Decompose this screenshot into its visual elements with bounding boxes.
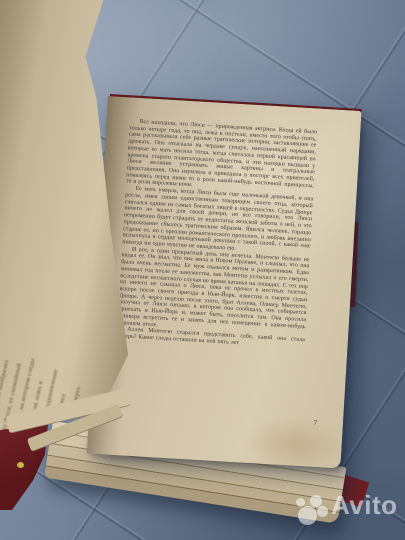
paragraph: Все находили, что Люси — прирожденная ак… [126, 118, 318, 196]
left-page-line: когда была ребенком, вроде [0, 0, 58, 431]
cover-speck [17, 462, 24, 468]
avito-logo-dot-icon [298, 506, 317, 525]
avito-watermark-label: Avito [331, 490, 398, 521]
paragraph: И вот, в один прекрасный день она исчезл… [117, 246, 309, 338]
right-page: Все находили, что Люси — прирожденная ак… [87, 96, 362, 468]
photo-scene: Все находили, что Люси — прирожденная ак… [0, 0, 405, 540]
page-number: 7 [303, 418, 317, 427]
left-page-line: чтобы Аллен не вообразил [0, 8, 95, 440]
left-page-line: гю. Монтегю одного пр [0, 0, 34, 425]
left-page-line: с блестящими черными глазами [0, 5, 83, 437]
left-page-line: после ее замужества. Люси [0, 2, 70, 434]
avito-logo-dot-icon [317, 506, 328, 517]
avito-watermark: Avito [283, 490, 405, 532]
left-page-line: Питеру и Люси, и любовь эти [0, 0, 46, 428]
right-page-text: Все находили, что Люси — прирожденная ак… [117, 118, 318, 350]
paragraph: Ее мать умерла, когда Люси была еще мале… [122, 185, 313, 257]
